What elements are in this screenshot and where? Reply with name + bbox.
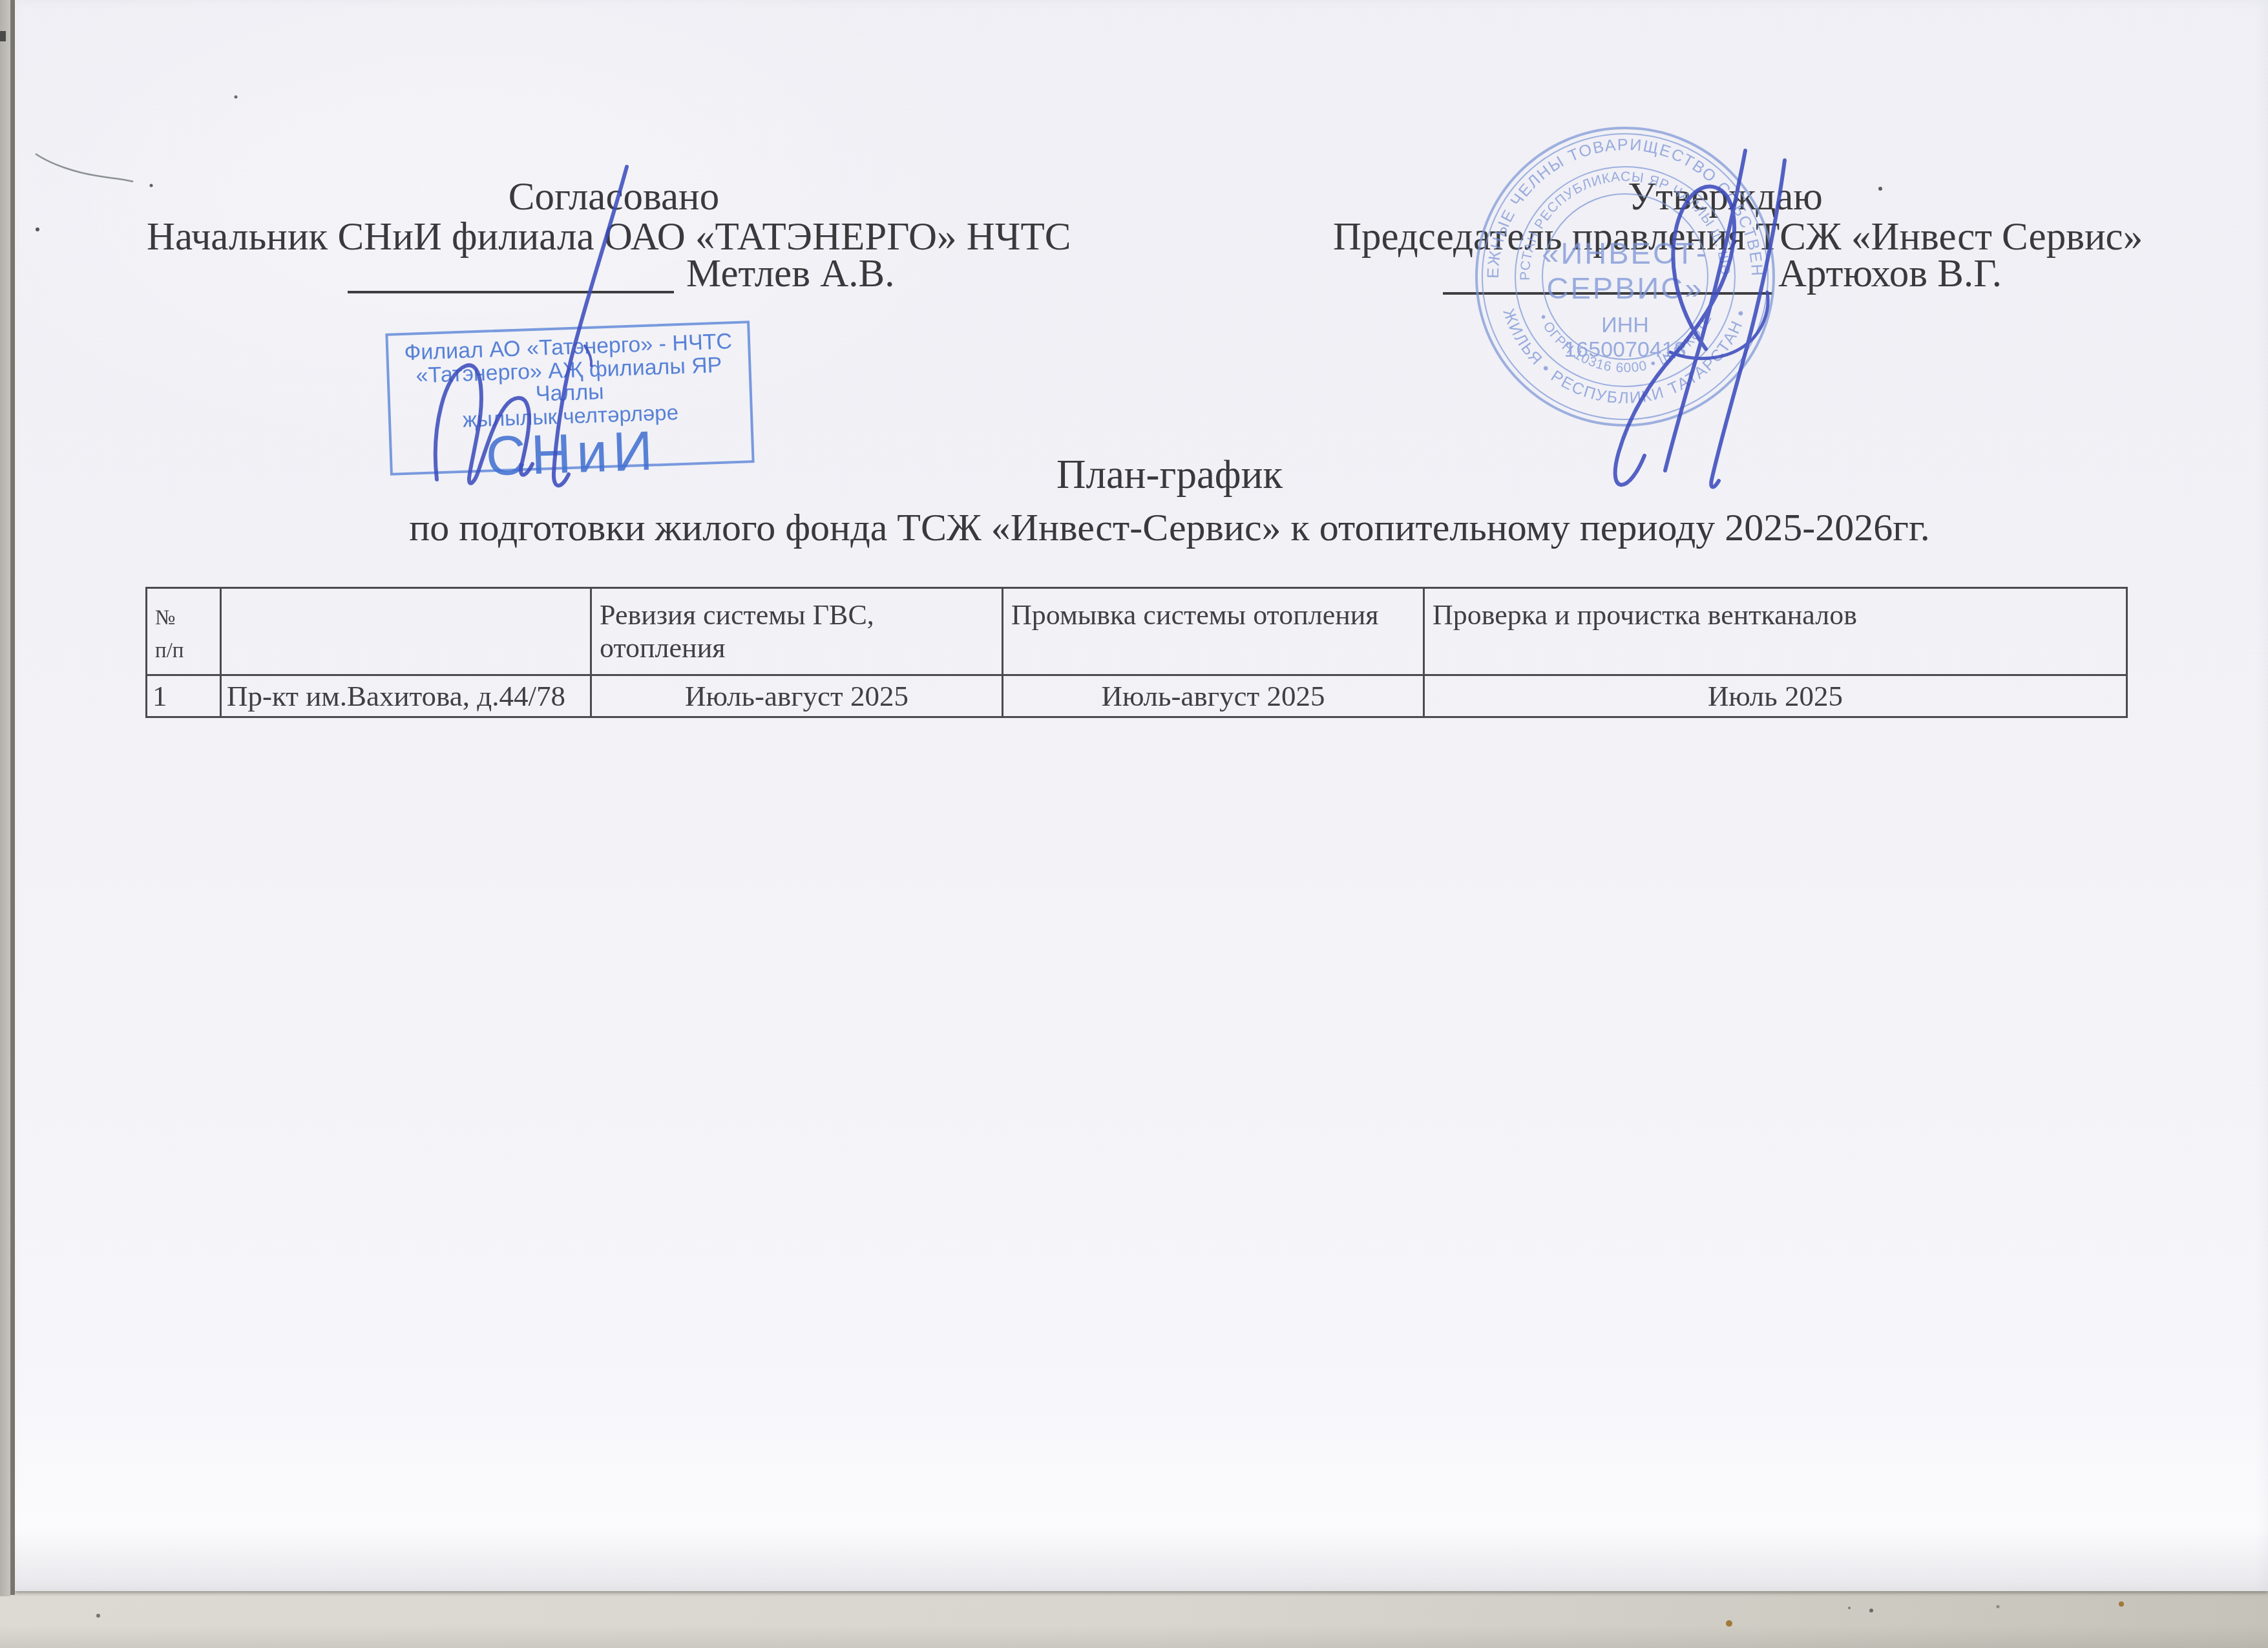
band-speck <box>1869 1609 1873 1612</box>
scan-artifacts <box>0 31 2124 1627</box>
round-stamp-ring-text: НАБЕРЕЖНЫЕ ЧЕЛНЫ ТОВАРИЩЕСТВО СОБСТВЕННИ… <box>0 0 1766 279</box>
round-stamp-ring-text: ТАТАРСТАН РЕСПУБЛИКАСЫ ЯР ЧАЛЛЫ Ш. ШӘҺӘР… <box>0 0 1732 280</box>
dust-speck <box>36 227 39 231</box>
band-speck <box>96 1614 100 1618</box>
dust-speck <box>150 184 153 187</box>
band-speck <box>1726 1620 1732 1627</box>
hair-artifact <box>36 154 133 182</box>
dust-speck <box>235 96 238 99</box>
round-stamp-center-name1: «ИНВЕСТ- <box>1542 236 1708 270</box>
signature-left <box>436 167 627 485</box>
round-stamp-inn-label: ИНН <box>1601 313 1649 337</box>
edge-speck <box>0 31 6 41</box>
band-speck <box>2119 1601 2124 1607</box>
round-stamp-inn-number: 1650070418 <box>1564 337 1686 362</box>
band-speck <box>1997 1605 2000 1609</box>
ink-overlay: НАБЕРЕЖНЫЕ ЧЕЛНЫ ТОВАРИЩЕСТВО СОБСТВЕННИ… <box>0 0 2268 1648</box>
dust-speck <box>1878 187 1882 191</box>
band-speck <box>1848 1607 1851 1609</box>
round-stamp: НАБЕРЕЖНЫЕ ЧЕЛНЫ ТОВАРИЩЕСТВО СОБСТВЕННИ… <box>0 0 1774 425</box>
scanned-document: Согласовано Начальник СНиИ филиала ОАО «… <box>0 0 2268 1648</box>
